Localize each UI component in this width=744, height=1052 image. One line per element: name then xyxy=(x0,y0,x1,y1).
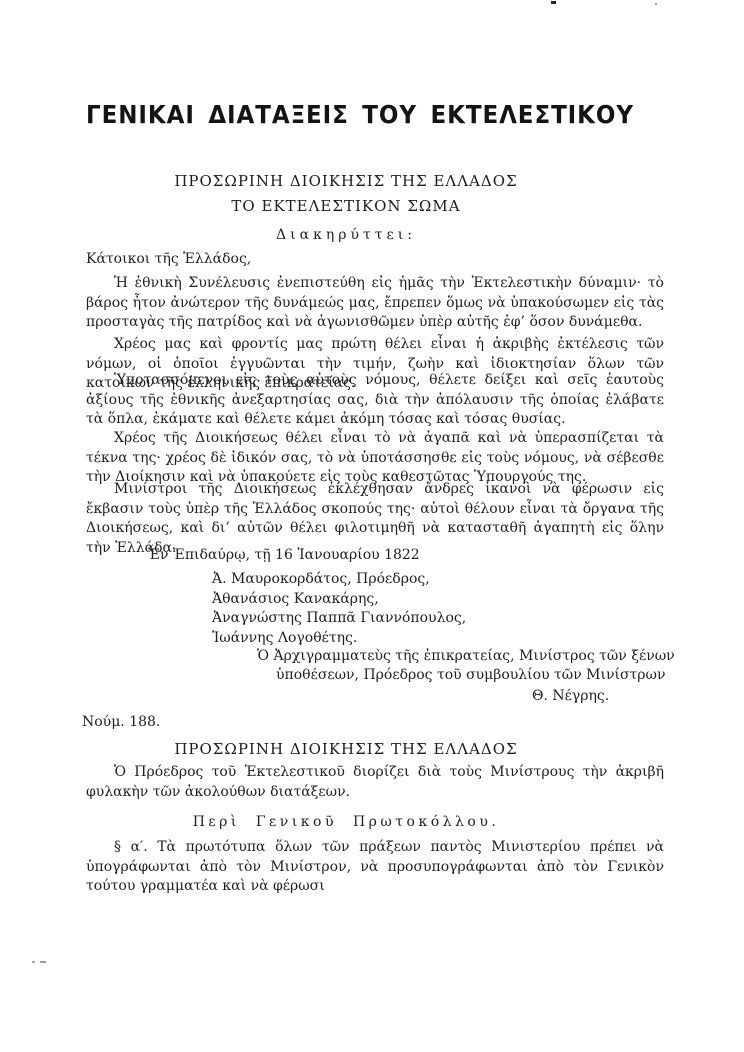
scanned-document-page: ΓΕΝΙΚΑΙ ΔΙΑΤΑΞΕΙΣ ΤΟΥ ΕΚΤΕΛΕΣΤΙΚΟΥ ΠΡΟΣΩ… xyxy=(0,0,744,1052)
masthead-heading-provisional-administration: ΠΡΟΣΩΡΙΝΗ ΔΙΟΙΚΗΣΙΣ ΤΗΣ ΕΛΛΑΔΟΣ xyxy=(86,172,606,190)
signatory-kanakaris: Ἀθανάσιος Κανακάρης, xyxy=(212,590,466,610)
signatory-logothetis: Ἰωάννης Λογοθέτης. xyxy=(212,629,466,649)
salutation: Κάτοικοι τῆς Ἑλλάδος, xyxy=(86,250,251,270)
page-title: ΓΕΝΙΚΑΙ ΔΙΑΤΑΞΕΙΣ ΤΟΥ ΕΚΤΕΛΕΣΤΙΚΟΥ xyxy=(86,100,675,129)
secretary-signature-negris: Θ. Νέγρης. xyxy=(532,687,609,707)
proclamation-word: Διακηρύττει: xyxy=(86,227,606,243)
second-section-intro: Ὁ Πρόεδρος τοῦ Ἐκτελεστικοῦ διορίζει διὰ… xyxy=(86,763,664,802)
secretary-title-line2: ὑποθέσεων, Πρόεδρος τοῦ συμβουλίου τῶν Μ… xyxy=(276,666,665,686)
general-protocol-subheading: Περὶ Γενικοῦ Πρωτοκόλλου. xyxy=(86,814,606,830)
second-section-heading: ΠΡΟΣΩΡΙΝΗ ΔΙΟΙΚΗΣΙΣ ΤΗΣ ΕΛΛΑΔΟΣ xyxy=(86,740,606,758)
scan-artifact xyxy=(655,3,657,5)
scan-artifact xyxy=(32,961,35,963)
paragraph-duty-of-administration: Χρέος τῆς Διοικήσεως θέλει εἶναι τὸ νὰ ἀ… xyxy=(86,429,664,488)
masthead-heading-executive-body: ΤΟ ΕΚΤΕΛΕΣΤΙΚΟΝ ΣΩΜΑ xyxy=(86,197,606,215)
scan-artifact xyxy=(551,1,556,4)
document-number: Νούμ. 188. xyxy=(82,713,160,733)
scan-artifact xyxy=(40,961,46,963)
signatory-giannopoulos: Ἀναγνώστης Παππᾶ Γιαννόπουλος, xyxy=(212,609,466,629)
secretary-title-line1: Ὁ Ἀρχιγραμματεὺς τῆς ἐπικρατείας, Μινίστ… xyxy=(257,647,675,667)
section-alpha-paragraph: § α′. Τὰ πρωτότυπα ὅλων τῶν πράξεων παντ… xyxy=(86,838,664,897)
dateline-epidaurus-1822: Ἐν Ἐπιδαύρῳ, τῇ 16 Ἰανουαρίου 1822 xyxy=(148,546,420,566)
paragraph-obedience-to-laws: Ὑποτασσόμενοι εἰς τοὺς αὐτοὺς νόμους, θέ… xyxy=(86,371,664,430)
signatory-mavrokordatos: Ἀ. Μαυροκορδάτος, Πρόεδρος, xyxy=(212,570,466,590)
paragraph-national-assembly: Ἡ ἐθνικὴ Συνέλευσις ἐνεπιστεύθη εἰς ἡμᾶς… xyxy=(86,274,664,333)
signatory-list: Ἀ. Μαυροκορδάτος, Πρόεδρος, Ἀθανάσιος Κα… xyxy=(212,570,466,648)
